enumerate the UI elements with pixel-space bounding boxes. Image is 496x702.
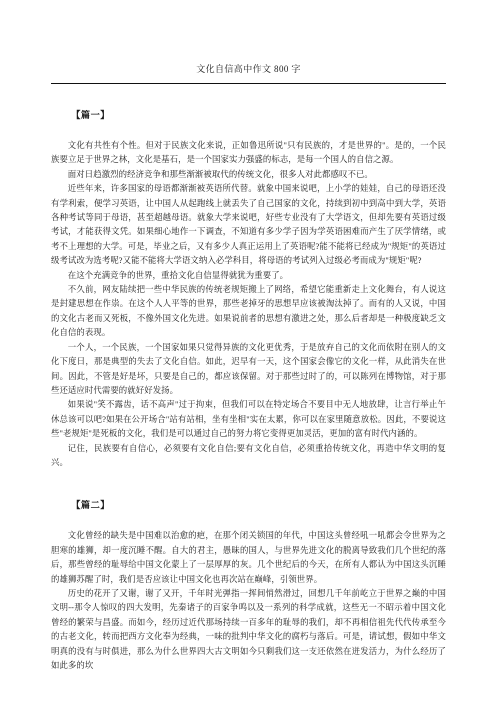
- document-page: 文化自信高中作文 800 字 【篇一】 文化有共性有个性。但对于民族文化来说，正…: [0, 0, 496, 702]
- section-one: 【篇一】 文化有共性有个性。但对于民族文化来说，正如鲁迅所说"只有民族的，才是世…: [51, 108, 446, 470]
- paragraph: 记住，民族要有自信心，必须要有文化自信;要有文化自信，必须重拾传统文化，再造中华…: [51, 442, 446, 471]
- paragraph: 如果说"笑不露齿，话不高声"过于拘束，但我们可以在特定场合不要目中无人地放肆，让…: [51, 398, 446, 441]
- section-two: 【篇二】 文化曾经的缺失是中国难以治愈的疤，在那个闭关锁国的年代，中国这头曾经吼…: [51, 498, 446, 673]
- paragraph: 不久前，网友陆续把一些中华民族的传统老规矩搬上了网络，希望它能重新走上文化舞台，…: [51, 283, 446, 341]
- section-one-header: 【篇一】: [51, 108, 446, 122]
- document-title: 文化自信高中作文 800 字: [51, 62, 446, 76]
- section-one-body: 文化有共性有个性。但对于民族文化来说，正如鲁迅所说"只有民族的，才是世界的"。是…: [51, 139, 446, 470]
- paragraph: 面对日趋激烈的经济竞争和那些渐渐被取代的传统文化，很多人对此都感叹不已。: [51, 168, 446, 182]
- section-two-body: 文化曾经的缺失是中国难以治愈的疤，在那个闭关锁国的年代，中国这头曾经吼一吼都会令…: [51, 529, 446, 673]
- paragraph: 一个人，一个民族，一个国家如果只觉得异族的文化更优秀，于是放弃自己的文化而依附在…: [51, 341, 446, 399]
- paragraph: 文化曾经的缺失是中国难以治愈的疤，在那个闭关锁国的年代，中国这头曾经吼一吼都会令…: [51, 529, 446, 587]
- paragraph: 在这个充满竞争的世界，重拾文化自信显得就犹为重要了。: [51, 269, 446, 283]
- paragraph: 近些年来，许多国家的母语都渐渐被英语所代替。就象中国来说吧，上小学的娃娃，自己的…: [51, 182, 446, 268]
- title-divider: [51, 83, 446, 84]
- section-two-header: 【篇二】: [51, 498, 446, 512]
- paragraph: 文化有共性有个性。但对于民族文化来说，正如鲁迅所说"只有民族的，才是世界的"。是…: [51, 139, 446, 168]
- paragraph: 历史的花开了又谢，谢了又开，千年时光弹指一挥间悄然滑过，回想几千年前屹立于世界之…: [51, 587, 446, 673]
